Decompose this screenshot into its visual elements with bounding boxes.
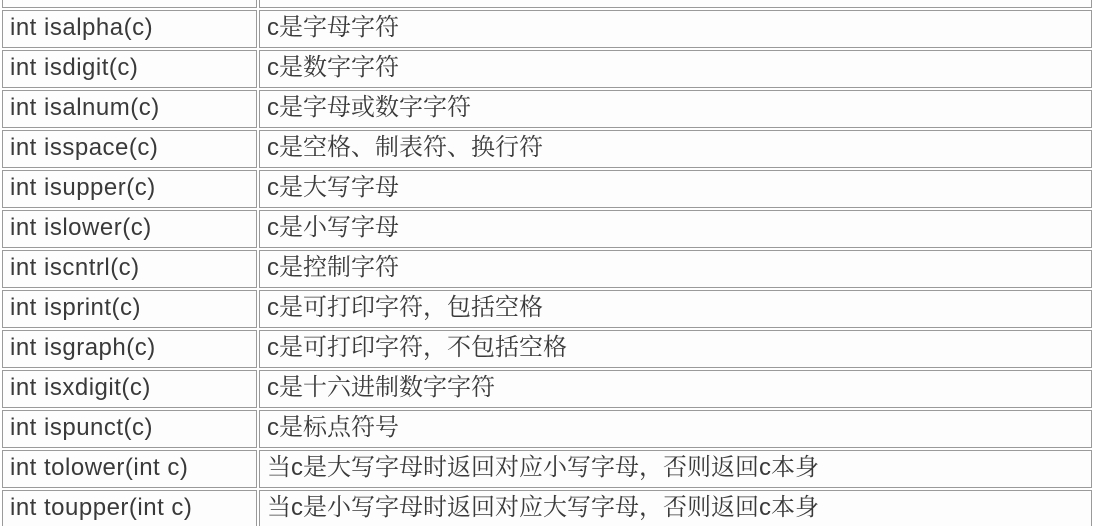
description-cell <box>259 0 1092 8</box>
function-cell: int isspace(c) <box>2 130 257 168</box>
description-cell: c是空格、制表符、换行符 <box>259 130 1092 168</box>
function-cell: int isupper(c) <box>2 170 257 208</box>
description-cell: 当c是大写字母时返回对应小写字母，否则返回c本身 <box>259 450 1092 488</box>
table-row: int isalpha(c) c是字母字符 <box>2 10 1092 48</box>
table-row: int iscntrl(c) c是控制字符 <box>2 250 1092 288</box>
function-cell: int ispunct(c) <box>2 410 257 448</box>
description-cell: c是字母或数字字符 <box>259 90 1092 128</box>
description-cell: c是数字字符 <box>259 50 1092 88</box>
description-cell: c是小写字母 <box>259 210 1092 248</box>
table-row: int tolower(int c) 当c是大写字母时返回对应小写字母，否则返回… <box>2 450 1092 488</box>
description-cell: c是标点符号 <box>259 410 1092 448</box>
table-row: int isalnum(c) c是字母或数字字符 <box>2 90 1092 128</box>
function-cell: int isxdigit(c) <box>2 370 257 408</box>
function-cell: int iscntrl(c) <box>2 250 257 288</box>
table-row: int isgraph(c) c是可打印字符，不包括空格 <box>2 330 1092 368</box>
description-cell: c是控制字符 <box>259 250 1092 288</box>
table-row: int isdigit(c) c是数字字符 <box>2 50 1092 88</box>
screenshot-viewport: int isalpha(c) c是字母字符 int isdigit(c) c是数… <box>0 0 1094 526</box>
description-cell: c是字母字符 <box>259 10 1092 48</box>
description-cell: c是可打印字符，包括空格 <box>259 290 1092 328</box>
table-row: int isprint(c) c是可打印字符，包括空格 <box>2 290 1092 328</box>
table-row: int isxdigit(c) c是十六进制数字字符 <box>2 370 1092 408</box>
table-row: int isupper(c) c是大写字母 <box>2 170 1092 208</box>
function-cell: int isalpha(c) <box>2 10 257 48</box>
function-cell: int islower(c) <box>2 210 257 248</box>
table-row: int isspace(c) c是空格、制表符、换行符 <box>2 130 1092 168</box>
function-cell: int isprint(c) <box>2 290 257 328</box>
function-cell: int toupper(int c) <box>2 490 257 526</box>
function-cell <box>2 0 257 8</box>
table-row: int islower(c) c是小写字母 <box>2 210 1092 248</box>
description-cell: 当c是小写字母时返回对应大写字母，否则返回c本身 <box>259 490 1092 526</box>
function-cell: int tolower(int c) <box>2 450 257 488</box>
function-cell: int isgraph(c) <box>2 330 257 368</box>
function-cell: int isdigit(c) <box>2 50 257 88</box>
table-row: int toupper(int c) 当c是小写字母时返回对应大写字母，否则返回… <box>2 490 1092 526</box>
table-row: int ispunct(c) c是标点符号 <box>2 410 1092 448</box>
ctype-function-table: int isalpha(c) c是字母字符 int isdigit(c) c是数… <box>0 0 1094 526</box>
description-cell: c是可打印字符，不包括空格 <box>259 330 1092 368</box>
description-cell: c是大写字母 <box>259 170 1092 208</box>
function-cell: int isalnum(c) <box>2 90 257 128</box>
clipped-top-row <box>2 0 1092 8</box>
description-cell: c是十六进制数字字符 <box>259 370 1092 408</box>
